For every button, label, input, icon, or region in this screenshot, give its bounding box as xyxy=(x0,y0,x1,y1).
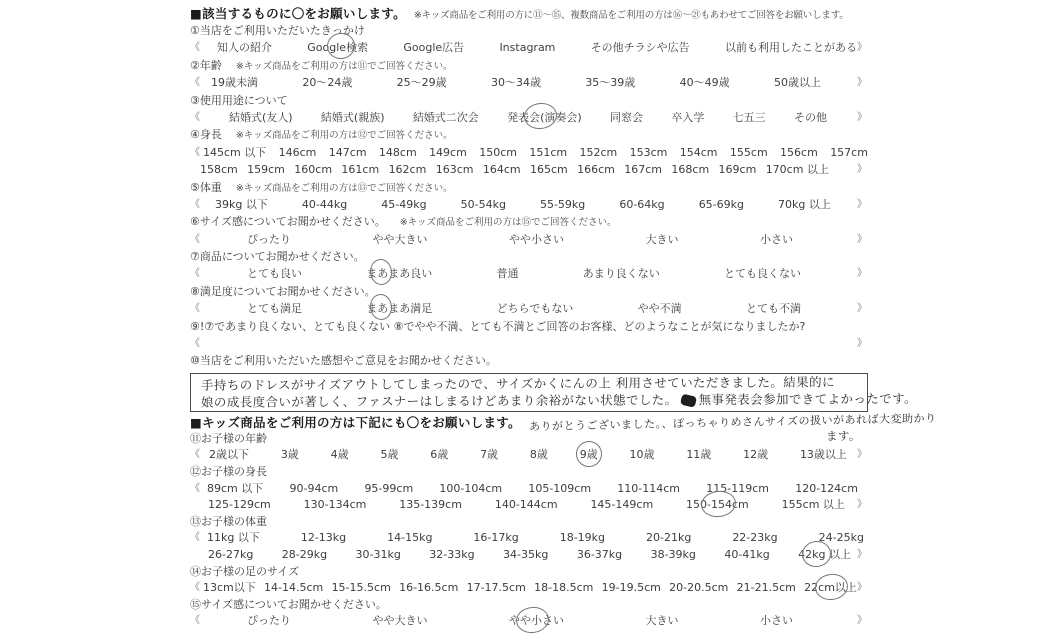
option-item[interactable]: 95-99cm xyxy=(364,481,413,498)
option-item[interactable]: どちらでもない xyxy=(497,300,574,317)
question-label: ⑫お子様の身長 xyxy=(190,465,267,478)
question-label: ⑭お子様の足のサイズ xyxy=(190,565,299,578)
question-note: ※キッズ商品をご利用の方は⑮でご回答ください。 xyxy=(400,217,617,228)
option-item[interactable]: 163cm xyxy=(436,161,474,178)
option-item-circled[interactable]: まあまあ良い xyxy=(366,265,432,282)
option-item[interactable]: 40-44kg xyxy=(302,196,347,213)
option-item[interactable]: 147cm xyxy=(329,144,367,161)
option-item[interactable]: 12-13kg xyxy=(301,530,346,547)
question-label: ⑪お子様の年齢 xyxy=(190,432,267,445)
kids-heading: ■キッズ商品をご利用の方は下記にも〇をお願いします。 xyxy=(190,415,521,430)
angle-bracket-open-icon: 《 xyxy=(190,530,201,547)
option-item-circled[interactable]: Google検索 xyxy=(307,39,368,56)
option-item[interactable]: 158cm xyxy=(200,161,238,178)
options-group: 145cm 以下146cm147cm148cm149cm150cm151cm15… xyxy=(201,144,868,161)
option-item[interactable]: 90-94cm xyxy=(289,481,338,498)
option-item[interactable]: 89cm 以下 xyxy=(207,481,263,498)
option-item[interactable]: 140-144cm xyxy=(495,497,558,514)
option-item[interactable]: 20-20.5cm xyxy=(669,580,728,597)
question-label: ①当店をご利用いただいたきっかけ xyxy=(190,24,365,37)
question-note: ※キッズ商品をご利用の方は⑪でご回答ください。 xyxy=(236,61,453,72)
options-group: 知人の紹介Google検索Google広告Instagramその他チラシや広告以… xyxy=(201,39,857,56)
option-item[interactable]: 8歳 xyxy=(530,447,548,464)
option-item[interactable]: 169cm xyxy=(719,161,757,178)
question-row: ②年齢※キッズ商品をご利用の方は⑪でご回答ください。 xyxy=(190,57,868,74)
question-note: ※キッズ商品をご利用の方は⑫でご回答ください。 xyxy=(236,130,453,141)
option-item[interactable]: とても良い xyxy=(247,265,302,282)
option-item[interactable]: 156cm xyxy=(780,144,818,161)
options-group: とても良いまあまあ良い普通あまり良くないとても良くない xyxy=(201,265,857,282)
option-item[interactable]: 155cm xyxy=(730,144,768,161)
option-item[interactable]: 130-134cm xyxy=(304,497,367,514)
handwritten-comment-line2-end: 無事発表会参加できてよかったです。 xyxy=(699,391,917,407)
option-item[interactable]: 結婚式(友人) xyxy=(229,109,293,126)
options-group: 2歳以下3歳4歳5歳6歳7歳8歳9歳10歳11歳12歳13歳以上 xyxy=(201,447,857,464)
option-item-circled[interactable]: 9歳 xyxy=(580,447,598,464)
angle-bracket-close-icon: 》 xyxy=(857,547,868,564)
angle-bracket-open-icon: 《 xyxy=(190,39,201,56)
option-item[interactable]: 100-104cm xyxy=(439,481,502,498)
option-item[interactable]: 145-149cm xyxy=(590,497,653,514)
option-item[interactable]: 11歳 xyxy=(686,447,711,464)
option-item[interactable]: 154cm xyxy=(680,144,718,161)
option-item[interactable]: 60-64kg xyxy=(619,196,664,213)
option-item[interactable]: 35〜39歳 xyxy=(585,74,635,91)
free-response-area[interactable] xyxy=(201,337,857,351)
option-item[interactable]: 34-35kg xyxy=(503,547,548,564)
option-item[interactable]: とても良くない xyxy=(724,265,801,282)
option-item[interactable]: やや大きい xyxy=(373,613,428,630)
option-item[interactable]: その他 xyxy=(794,109,827,126)
option-item[interactable]: 105-109cm xyxy=(528,481,591,498)
option-item[interactable]: 146cm xyxy=(279,144,317,161)
option-item[interactable]: 40-41kg xyxy=(724,547,769,564)
options-row: 《知人の紹介Google検索Google広告Instagramその他チラシや広告… xyxy=(190,39,868,56)
option-item[interactable]: 40〜49歳 xyxy=(680,74,730,91)
angle-bracket-open-icon: 《 xyxy=(190,109,201,126)
option-item[interactable]: 22-23kg xyxy=(732,530,777,547)
angle-bracket-open-icon: 《 xyxy=(190,481,201,498)
option-item-circled[interactable]: まあまあ満足 xyxy=(366,300,432,317)
angle-bracket-open-icon: 《 xyxy=(190,613,201,630)
question-row: ⑦商品についてお聞かせください。 xyxy=(190,248,868,265)
angle-bracket-open-icon: 《 xyxy=(190,447,201,464)
option-item[interactable]: 21-21.5cm xyxy=(737,580,796,597)
question-row: ⑩当店をご利用いただいた感想やご意見をお聞かせください。 xyxy=(190,352,868,369)
option-item[interactable]: 以前も利用したことがある xyxy=(725,39,857,56)
options-row: 《19歳未満20〜24歳25〜29歳30〜34歳35〜39歳40〜49歳50歳以… xyxy=(190,74,868,91)
option-item[interactable]: 55-59kg xyxy=(540,196,585,213)
options-group: 39kg 以下40-44kg45-49kg50-54kg55-59kg60-64… xyxy=(201,196,857,213)
option-item[interactable]: 45-49kg xyxy=(381,196,426,213)
option-item[interactable]: 148cm xyxy=(379,144,417,161)
option-item[interactable]: 26-27kg xyxy=(208,547,253,564)
option-item[interactable]: やや不満 xyxy=(638,300,682,317)
angle-bracket-close-icon: 》 xyxy=(857,580,868,597)
option-item[interactable]: 135-139cm xyxy=(399,497,462,514)
option-item[interactable]: 38-39kg xyxy=(651,547,696,564)
option-item[interactable]: 15-15.5cm xyxy=(332,580,391,597)
option-item[interactable]: 小さい xyxy=(760,613,793,630)
options-group: 158cm159cm160cm161cm162cm163cm164cm165cm… xyxy=(190,161,857,178)
main-heading-note: ※キッズ商品をご利用の方に⑪〜⑮、複数商品をご利用の方は⑯〜㉑もあわせてご回答を… xyxy=(414,10,849,21)
options-row: 《とても良いまあまあ良い普通あまり良くないとても良くない》 xyxy=(190,265,868,282)
angle-bracket-open-icon: 《 xyxy=(190,144,201,161)
option-item[interactable]: Google広告 xyxy=(403,39,464,56)
option-item[interactable]: やや大きい xyxy=(373,231,428,248)
angle-bracket-open-icon: 《 xyxy=(190,300,201,317)
option-item[interactable]: 24-25kg xyxy=(819,530,864,547)
question-label: ⑥サイズ感についてお聞かせください。 xyxy=(190,215,386,228)
option-item[interactable]: 17-17.5cm xyxy=(467,580,526,597)
option-item[interactable]: やや小さい xyxy=(509,231,564,248)
option-item[interactable]: 110-114cm xyxy=(617,481,680,498)
options-group: 19歳未満20〜24歳25〜29歳30〜34歳35〜39歳40〜49歳50歳以上 xyxy=(201,74,857,91)
option-item[interactable]: 小さい xyxy=(760,231,793,248)
handwritten-thanks-overflow: ます。 xyxy=(826,428,861,445)
main-heading: ■該当するものに〇をお願いします。 xyxy=(190,6,406,21)
option-item[interactable]: 145cm 以下 xyxy=(203,144,266,161)
options-group: 結婚式(友人)結婚式(親族)結婚式二次会発表会(演奏会)同窓会卒入学七五三その他 xyxy=(201,109,857,126)
options-group: 26-27kg28-29kg30-31kg32-33kg34-35kg36-37… xyxy=(190,547,857,564)
option-item[interactable]: 20-21kg xyxy=(646,530,691,547)
angle-bracket-open-icon: 《 xyxy=(190,335,201,352)
option-item[interactable]: 30-31kg xyxy=(356,547,401,564)
option-item[interactable]: 32-33kg xyxy=(429,547,474,564)
options-row: 《39kg 以下40-44kg45-49kg50-54kg55-59kg60-6… xyxy=(190,196,868,213)
option-item[interactable]: 結婚式(親族) xyxy=(321,109,385,126)
options-row: 《11kg 以下12-13kg14-15kg16-17kg18-19kg20-2… xyxy=(190,530,868,547)
option-item[interactable]: 151cm xyxy=(529,144,567,161)
questions-kids-section: ⑪お子様の年齢《2歳以下3歳4歳5歳6歳7歳8歳9歳10歳11歳12歳13歳以上… xyxy=(190,431,868,630)
option-item[interactable]: 149cm xyxy=(429,144,467,161)
option-item[interactable]: 2歳以下 xyxy=(209,447,249,464)
option-item[interactable]: 大きい xyxy=(646,613,679,630)
question-row: ⑭お子様の足のサイズ xyxy=(190,564,868,581)
options-row: 26-27kg28-29kg30-31kg32-33kg34-35kg36-37… xyxy=(190,547,868,564)
option-item[interactable]: 36-37kg xyxy=(577,547,622,564)
questions-adult-section: ①当店をご利用いただいたきっかけ《知人の紹介Google検索Google広告In… xyxy=(190,22,868,370)
option-item[interactable]: 3歳 xyxy=(281,447,299,464)
option-item-circled[interactable]: 150-154cm xyxy=(686,497,749,514)
options-row: 《》 xyxy=(190,335,868,352)
angle-bracket-close-icon: 》 xyxy=(857,196,868,213)
option-item[interactable]: 結婚式二次会 xyxy=(413,109,479,126)
options-group: 125-129cm130-134cm135-139cm140-144cm145-… xyxy=(190,497,857,514)
option-item[interactable]: 160cm xyxy=(294,161,332,178)
question-note: ※キッズ商品をご利用の方は⑬でご回答ください。 xyxy=(236,183,453,194)
option-item[interactable]: 170cm 以上 xyxy=(766,161,829,178)
option-item[interactable]: 28-29kg xyxy=(282,547,327,564)
option-item[interactable]: 50-54kg xyxy=(461,196,506,213)
option-item[interactable]: 120-124cm xyxy=(795,481,858,498)
kids-heading-row: ■キッズ商品をご利用の方は下記にも〇をお願いします。ありがとうございました。、ぽ… xyxy=(190,413,868,431)
angle-bracket-close-icon: 》 xyxy=(857,265,868,282)
question-row: ③使用用途について xyxy=(190,92,868,109)
angle-bracket-close-icon: 》 xyxy=(857,109,868,126)
handwritten-comment-line2: 娘の成長度合いが著しく、ファスナーはしまるけどあまり余裕がない状態でした。無事発… xyxy=(201,390,861,410)
option-item[interactable]: 14-15kg xyxy=(387,530,432,547)
option-item[interactable]: とても不満 xyxy=(746,300,801,317)
angle-bracket-close-icon: 》 xyxy=(857,231,868,248)
options-row: 《89cm 以下90-94cm95-99cm100-104cm105-109cm… xyxy=(190,481,868,498)
question-row: ⑤体重※キッズ商品をご利用の方は⑬でご回答ください。 xyxy=(190,179,868,196)
angle-bracket-open-icon: 《 xyxy=(190,74,201,91)
option-item[interactable]: 167cm xyxy=(624,161,662,178)
option-item-circled[interactable]: 発表会(演奏会) xyxy=(507,109,582,126)
question-label: ②年齢 xyxy=(190,59,222,72)
options-row: 125-129cm130-134cm135-139cm140-144cm145-… xyxy=(190,497,868,514)
angle-bracket-close-icon: 》 xyxy=(857,613,868,630)
option-item[interactable]: 161cm xyxy=(341,161,379,178)
option-item[interactable]: 152cm xyxy=(579,144,617,161)
options-row: 《13cm以下14-14.5cm15-15.5cm16-16.5cm17-17.… xyxy=(190,580,868,597)
option-item[interactable]: 164cm xyxy=(483,161,521,178)
option-item[interactable]: 115-119cm xyxy=(706,481,769,498)
option-item[interactable]: Instagram xyxy=(499,39,555,56)
options-row: 《ぴったりやや大きいやや小さい大きい小さい》 xyxy=(190,613,868,630)
angle-bracket-open-icon: 《 xyxy=(190,265,201,282)
angle-bracket-open-icon: 《 xyxy=(190,196,201,213)
question-row: ⑥サイズ感についてお聞かせください。※キッズ商品をご利用の方は⑮でご回答ください… xyxy=(190,213,868,230)
option-item[interactable]: 14-14.5cm xyxy=(264,580,323,597)
options-row: 《ぴったりやや大きいやや小さい大きい小さい》 xyxy=(190,231,868,248)
main-heading-row: ■該当するものに〇をお願いします。※キッズ商品をご利用の方に⑪〜⑮、複数商品をご… xyxy=(190,4,868,22)
options-group: ぴったりやや大きいやや小さい大きい小さい xyxy=(201,613,857,630)
option-item[interactable]: 157cm xyxy=(830,144,868,161)
option-item[interactable]: 5歳 xyxy=(380,447,398,464)
option-item[interactable]: 16-16.5cm xyxy=(399,580,458,597)
option-item-circled[interactable]: 22cm以上 xyxy=(804,580,857,597)
option-item[interactable]: 162cm xyxy=(389,161,427,178)
option-item[interactable]: 19-19.5cm xyxy=(602,580,661,597)
angle-bracket-close-icon: 》 xyxy=(857,161,868,178)
option-item[interactable]: 39kg 以下 xyxy=(215,196,268,213)
option-item[interactable]: 6歳 xyxy=(430,447,448,464)
option-item[interactable]: 大きい xyxy=(646,231,679,248)
option-item[interactable]: 70kg 以上 xyxy=(778,196,831,213)
options-group: とても満足まあまあ満足どちらでもないやや不満とても不満 xyxy=(201,300,857,317)
option-item[interactable]: 155cm 以上 xyxy=(782,497,845,514)
question-row: ④身長※キッズ商品をご利用の方は⑫でご回答ください。 xyxy=(190,126,868,143)
option-item[interactable]: 11kg 以下 xyxy=(207,530,260,547)
question-label: ④身長 xyxy=(190,128,222,141)
option-item-circled[interactable]: 42kg 以上 xyxy=(798,547,851,564)
option-item[interactable]: 125-129cm xyxy=(208,497,271,514)
options-group: 11kg 以下12-13kg14-15kg16-17kg18-19kg20-21… xyxy=(201,530,868,547)
option-item[interactable]: 18-19kg xyxy=(560,530,605,547)
question-row: ⑮サイズ感についてお聞かせください。 xyxy=(190,597,868,614)
angle-bracket-close-icon: 》 xyxy=(857,447,868,464)
question-label: ⑨!⑦であまり良くない、とても良くない ⑧でやや不満、とても不満とご回答のお客様… xyxy=(190,320,805,333)
options-row: 《2歳以下3歳4歳5歳6歳7歳8歳9歳10歳11歳12歳13歳以上》 xyxy=(190,447,868,464)
option-item[interactable]: 153cm xyxy=(630,144,668,161)
angle-bracket-close-icon: 》 xyxy=(857,300,868,317)
angle-bracket-close-icon: 》 xyxy=(857,335,868,352)
option-item[interactable]: 50歳以上 xyxy=(774,74,821,91)
option-item[interactable]: 168cm xyxy=(671,161,709,178)
question-row: ⑬お子様の体重 xyxy=(190,514,868,531)
option-item[interactable]: ぴったり xyxy=(247,231,291,248)
question-label: ⑧満足度についてお聞かせください。 xyxy=(190,285,376,298)
option-item[interactable]: 4歳 xyxy=(331,447,349,464)
options-group: 89cm 以下90-94cm95-99cm100-104cm105-109cm1… xyxy=(201,481,868,498)
option-item[interactable]: 同窓会 xyxy=(610,109,643,126)
question-row: ①当店をご利用いただいたきっかけ xyxy=(190,22,868,39)
option-item[interactable]: 25〜29歳 xyxy=(397,74,447,91)
option-item[interactable]: 16-17kg xyxy=(473,530,518,547)
option-item[interactable]: 65-69kg xyxy=(699,196,744,213)
question-label: ⑮サイズ感についてお聞かせください。 xyxy=(190,598,387,611)
options-row: 《結婚式(友人)結婚式(親族)結婚式二次会発表会(演奏会)同窓会卒入学七五三その… xyxy=(190,109,868,126)
option-item[interactable]: 19歳未満 xyxy=(211,74,258,91)
option-item[interactable]: 13cm以下 xyxy=(203,580,256,597)
comment-box[interactable]: 手持ちのドレスがサイズアウトしてしまったので、サイズかくにんの上 利用させていた… xyxy=(190,373,868,412)
angle-bracket-close-icon: 》 xyxy=(857,497,868,514)
option-item[interactable]: 18-18.5cm xyxy=(534,580,593,597)
scribble-blob xyxy=(679,393,696,407)
question-label: ⑤体重 xyxy=(190,181,222,194)
question-row: ⑧満足度についてお聞かせください。 xyxy=(190,283,868,300)
option-item[interactable]: 30〜34歳 xyxy=(491,74,541,91)
option-item[interactable]: 150cm xyxy=(479,144,517,161)
survey-sheet: ■該当するものに〇をお願いします。※キッズ商品をご利用の方に⑪〜⑮、複数商品をご… xyxy=(190,4,868,630)
question-label: ⑩当店をご利用いただいた感想やご意見をお聞かせください。 xyxy=(190,354,497,367)
options-group: 13cm以下14-14.5cm15-15.5cm16-16.5cm17-17.5… xyxy=(201,580,857,597)
option-item[interactable]: ぴったり xyxy=(247,613,291,630)
angle-bracket-open-icon: 《 xyxy=(190,231,201,248)
angle-bracket-close-icon: 》 xyxy=(857,39,868,56)
option-item[interactable]: 卒入学 xyxy=(671,109,704,126)
options-row: 《145cm 以下146cm147cm148cm149cm150cm151cm1… xyxy=(190,144,868,161)
option-item[interactable]: 165cm xyxy=(530,161,568,178)
question-label: ⑦商品についてお聞かせください。 xyxy=(190,250,365,263)
option-item[interactable]: 七五三 xyxy=(733,109,766,126)
option-item[interactable]: 10歳 xyxy=(630,447,655,464)
option-item[interactable]: 20〜24歳 xyxy=(302,74,352,91)
option-item[interactable]: とても満足 xyxy=(247,300,302,317)
option-item[interactable]: 普通 xyxy=(497,265,519,282)
option-item[interactable]: その他チラシや広告 xyxy=(591,39,690,56)
option-item[interactable]: 知人の紹介 xyxy=(217,39,272,56)
option-item[interactable]: 12歳 xyxy=(743,447,768,464)
option-item[interactable]: 159cm xyxy=(247,161,285,178)
options-group: ぴったりやや大きいやや小さい大きい小さい xyxy=(201,231,857,248)
angle-bracket-close-icon: 》 xyxy=(857,74,868,91)
question-label: ③使用用途について xyxy=(190,94,288,107)
question-row: ⑨!⑦であまり良くない、とても良くない ⑧でやや不満、とても不満とご回答のお客様… xyxy=(190,318,868,335)
option-item[interactable]: 166cm xyxy=(577,161,615,178)
option-item[interactable]: あまり良くない xyxy=(583,265,660,282)
options-row: 《とても満足まあまあ満足どちらでもないやや不満とても不満》 xyxy=(190,300,868,317)
option-item[interactable]: 13歳以上 xyxy=(800,447,847,464)
options-row: 158cm159cm160cm161cm162cm163cm164cm165cm… xyxy=(190,161,868,178)
question-row: ⑫お子様の身長 xyxy=(190,464,868,481)
handwritten-comment-line2-start: 娘の成長度合いが著しく、ファスナーはしまるけどあまり余裕がない状態でした。 xyxy=(201,392,678,409)
option-item[interactable]: 7歳 xyxy=(480,447,498,464)
option-item-circled[interactable]: やや小さい xyxy=(509,613,564,630)
question-label: ⑬お子様の体重 xyxy=(190,515,267,528)
angle-bracket-open-icon: 《 xyxy=(190,580,201,597)
